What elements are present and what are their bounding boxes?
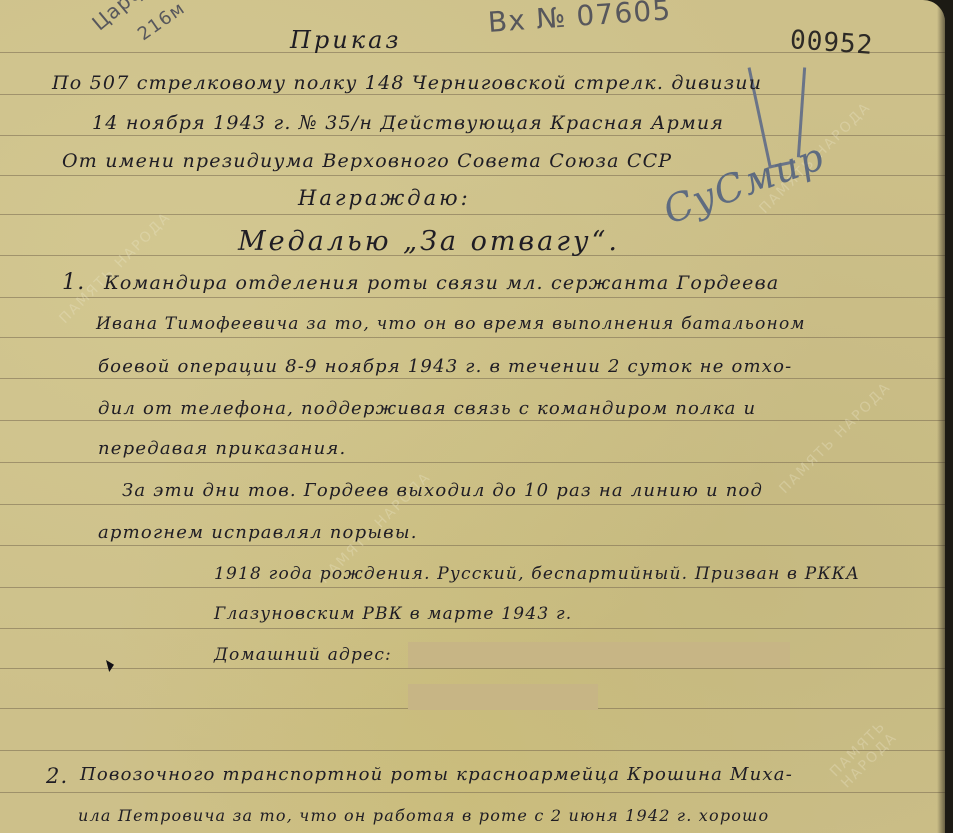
archive-reference: Вх № 07605 [487,0,673,39]
ruled-line [0,587,945,588]
entry-text-line: ила Петровича за то, что он работая в ро… [78,806,769,825]
ruled-line [0,545,945,546]
entry-text-line: Ивана Тимофеевича за то, что он во время… [96,314,806,334]
ruled-line [0,297,945,298]
ruled-line [0,750,945,751]
entry-number: 2. [46,764,68,788]
entry-text-line: Повозочного транспортной роты красноарме… [80,764,793,785]
header-line-award-verb: Награждаю: [298,186,471,210]
award-name: Медалью „За отвагу“. [238,226,620,257]
ruled-line [0,420,945,421]
watermark: ПАМЯТЬ НАРОДА [827,680,938,791]
page-edge [937,0,945,833]
entry-text-line: За эти дни тов. Гордеев выходил до 10 ра… [122,480,763,501]
ruled-line [0,214,945,215]
paper-hole [106,660,114,672]
watermark: ПАМЯТЬ НАРОДА [56,209,174,327]
ruled-line [0,337,945,338]
ruled-line [0,792,945,793]
header-line-date: 14 ноября 1943 г. № 35/н Действующая Кра… [92,112,724,134]
entry-text-line: боевой операции 8-9 ноября 1943 г. в теч… [98,356,792,377]
entry-text-line: дил от телефона, поддерживая связь с ком… [98,398,756,419]
entry-text-line: передавая приказания. [98,438,346,459]
bio-line: 1918 года рождения. Русский, беспартийны… [214,564,860,584]
header-line-presidium: От имени президиума Верховного Совета Со… [62,150,672,172]
stamp-number: 00952 [789,25,874,61]
signature: СуСмир [657,134,830,233]
ruled-line [0,628,945,629]
entry-text-line: артогнем исправлял порывы. [98,522,418,543]
page-title: Приказ [290,26,401,54]
ruled-line [0,668,945,669]
redacted-address [408,642,790,668]
header-line-unit: По 507 стрелковому полку 148 Черниговско… [52,72,762,94]
ruled-line [0,378,945,379]
address-label: Домашний адрес: [214,645,392,665]
ruled-line [0,504,945,505]
redacted-address [408,684,598,710]
bio-line: Глазуновским РВК в марте 1943 г. [214,604,572,624]
entry-text-line: Командира отделения роты связи мл. сержа… [104,272,779,294]
watermark: ПАМЯТЬ НАРОДА [776,379,894,497]
pencil-annotation: 216м [134,0,189,45]
entry-number: 1. [62,270,85,295]
document-page: ПАМЯТЬ НАРОДА ПАМЯТЬ НАРОДА ПАМЯТЬ НАРОД… [0,0,945,833]
